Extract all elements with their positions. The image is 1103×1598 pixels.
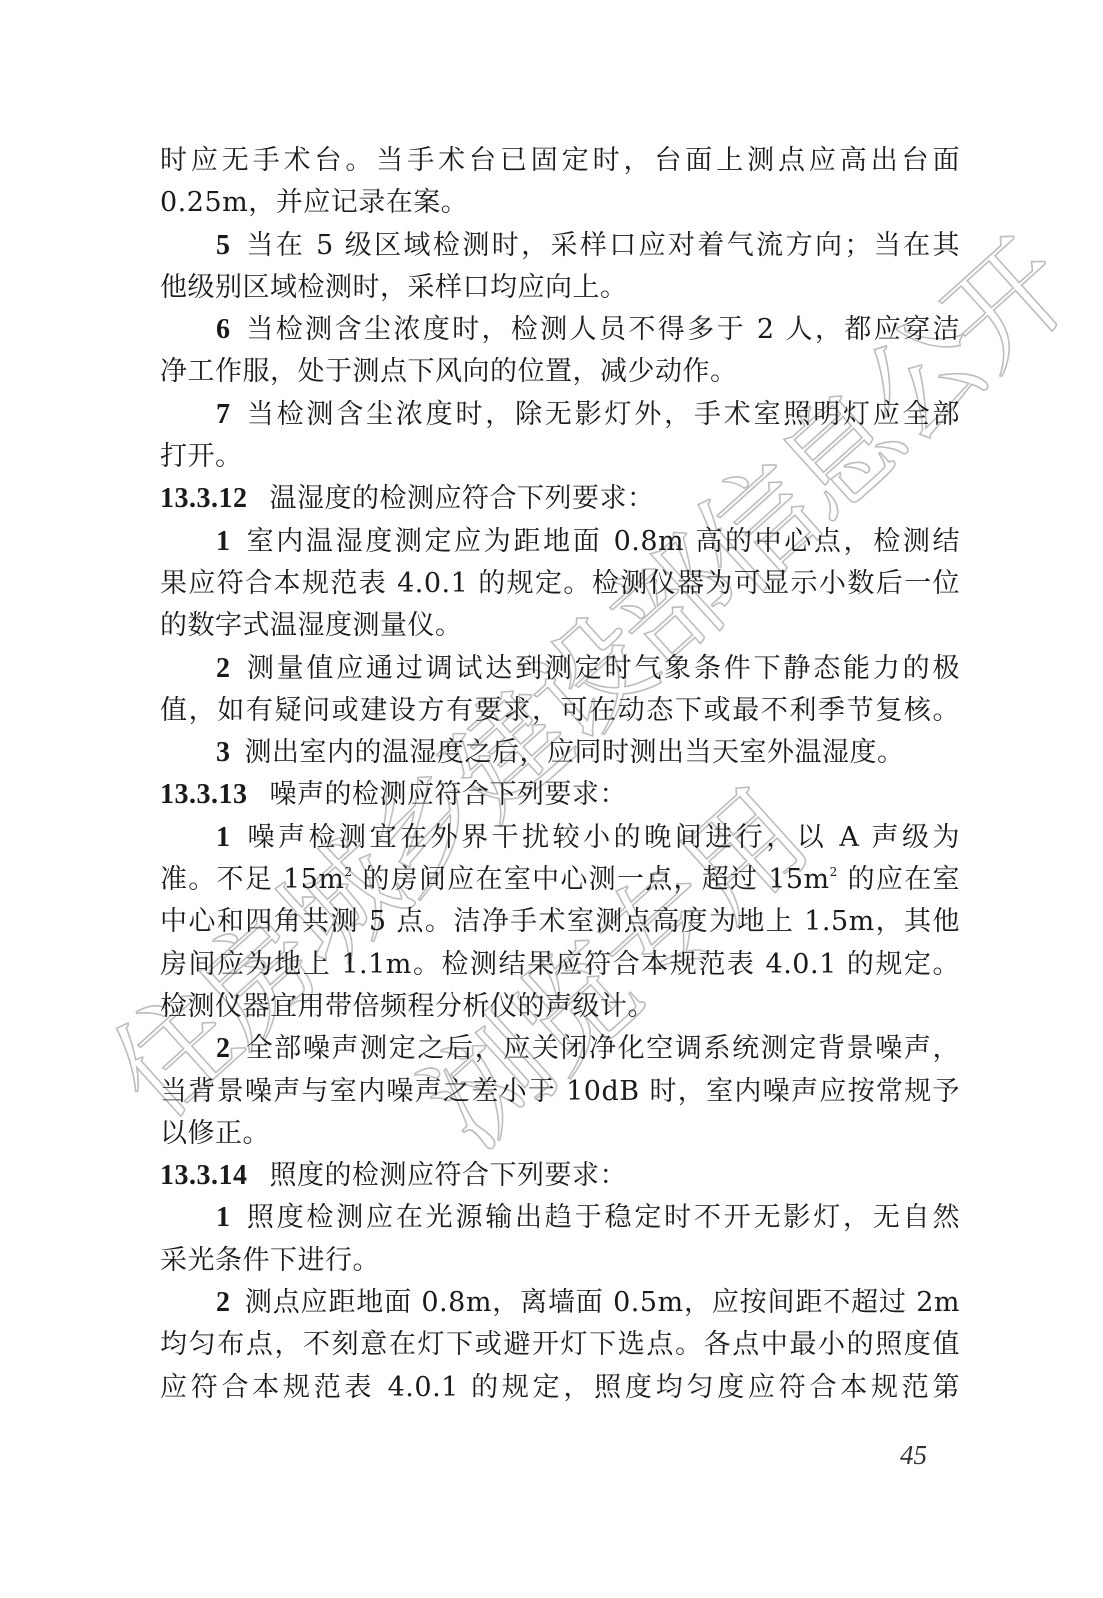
line-text: 中心和四角共测 5 点。洁净手术室测点高度为地上 1.5m，其他 (160, 906, 960, 937)
item-number: 2 (216, 1033, 231, 1064)
text-line: 以修正。 (160, 1113, 960, 1155)
clause-number: 13.3.14 (160, 1160, 248, 1191)
item-number: 7 (216, 399, 231, 430)
text-line: 净工作服，处于测点下风向的位置，减少动作。 (160, 351, 960, 393)
clause-heading-13-3-13: 13.3.13噪声的检测应符合下列要求： (160, 774, 960, 816)
line-text: 净工作服，处于测点下风向的位置，减少动作。 (160, 356, 738, 387)
line-text: 测点应距地面 0.8m，离墙面 0.5m，应按间距不超过 2m (245, 1287, 961, 1318)
list-item-3: 3测出室内的温湿度之后，应同时测出当天室外温湿度。 (160, 732, 960, 774)
text-line: 应符合本规范表 4.0.1 的规定，照度均匀度应符合本规范第 (160, 1367, 960, 1409)
text-line: 均匀布点，不刻意在灯下或避开灯下选点。各点中最小的照度值 (160, 1324, 960, 1366)
line-text: 准。不足 15m2 的房间应在室中心测一点，超过 15m2 的应在室 (160, 864, 960, 895)
text-line: 果应符合本规范表 4.0.1 的规定。检测仪器为可显示小数后一位 (160, 563, 960, 605)
line-text: 应符合本规范表 4.0.1 的规定，照度均匀度应符合本规范第 (160, 1372, 960, 1403)
line-text: 以修正。 (160, 1118, 270, 1149)
item-number: 2 (216, 653, 231, 684)
list-item-1: 1室内温湿度测定应为距地面 0.8m 高的中心点，检测结 (160, 521, 960, 563)
line-text: 测出室内的温湿度之后，应同时测出当天室外温湿度。 (245, 737, 905, 768)
text-line: 检测仪器宜用带倍频程分析仪的声级计。 (160, 986, 960, 1028)
item-number: 1 (216, 526, 231, 557)
text-line: 当背景噪声与室内噪声之差小于 10dB 时，室内噪声应按常规予 (160, 1071, 960, 1113)
line-text: 照度检测应在光源输出趋于稳定时不开无影灯，无自然 (245, 1202, 961, 1233)
line-text: 时应无手术台。当手术台已固定时，台面上测点应高出台面 (160, 145, 960, 176)
clause-title: 照度的检测应符合下列要求： (270, 1160, 628, 1191)
line-text: 房间应为地上 1.1m。检测结果应符合本规范表 4.0.1 的规定。 (160, 949, 960, 980)
text-line: 中心和四角共测 5 点。洁净手术室测点高度为地上 1.5m，其他 (160, 901, 960, 943)
line-text: 他级别区域检测时，采样口均应向上。 (160, 272, 628, 303)
text-part: 的房间应在室中心测一点，超过 15m (353, 864, 830, 895)
line-text: 果应符合本规范表 4.0.1 的规定。检测仪器为可显示小数后一位 (160, 568, 960, 599)
line-text: 当在 5 级区域检测时，采样口应对着气流方向；当在其 (245, 230, 961, 261)
clause-number: 13.3.13 (160, 779, 248, 810)
text-line: 值，如有疑问或建设方有要求，可在动态下或最不利季节复核。 (160, 690, 960, 732)
text-line: 采光条件下进行。 (160, 1240, 960, 1282)
item-number: 1 (216, 1202, 231, 1233)
clause-title: 温湿度的检测应符合下列要求： (270, 483, 655, 514)
line-text: 当背景噪声与室内噪声之差小于 10dB 时，室内噪声应按常规予 (160, 1076, 960, 1107)
line-text: 0.25m，并应记录在案。 (160, 187, 468, 218)
line-text: 全部噪声测定之后，应关闭净化空调系统测定背景噪声， (245, 1033, 961, 1064)
list-item-1: 1噪声检测宜在外界干扰较小的晚间进行，以 A 声级为 (160, 817, 960, 859)
clause-heading-13-3-12: 13.3.12温湿度的检测应符合下列要求： (160, 478, 960, 520)
line-text: 的数字式温湿度测量仪。 (160, 610, 463, 641)
item-number: 5 (216, 230, 231, 261)
list-item-7: 7当检测含尘浓度时，除无影灯外，手术室照明灯应全部 (160, 394, 960, 436)
line-text: 均匀布点，不刻意在灯下或避开灯下选点。各点中最小的照度值 (160, 1329, 960, 1360)
superscript: 2 (830, 865, 838, 879)
list-item-2: 2测点应距地面 0.8m，离墙面 0.5m，应按间距不超过 2m (160, 1282, 960, 1324)
text-line: 时应无手术台。当手术台已固定时，台面上测点应高出台面 (160, 140, 960, 182)
clause-title: 噪声的检测应符合下列要求： (270, 779, 628, 810)
text-line: 他级别区域检测时，采样口均应向上。 (160, 267, 960, 309)
item-number: 3 (216, 737, 231, 768)
line-text: 测量值应通过调试达到测定时气象条件下静态能力的极 (245, 653, 961, 684)
superscript: 2 (344, 865, 352, 879)
text-line: 的数字式温湿度测量仪。 (160, 605, 960, 647)
text-part: 的应在室 (838, 864, 960, 895)
list-item-6: 6当检测含尘浓度时，检测人员不得多于 2 人，都应穿洁 (160, 309, 960, 351)
line-text: 值，如有疑问或建设方有要求，可在动态下或最不利季节复核。 (160, 695, 960, 726)
list-item-1: 1照度检测应在光源输出趋于稳定时不开无影灯，无自然 (160, 1197, 960, 1239)
list-item-5: 5当在 5 级区域检测时，采样口应对着气流方向；当在其 (160, 225, 960, 267)
clause-number: 13.3.12 (160, 483, 248, 514)
text-line: 准。不足 15m2 的房间应在室中心测一点，超过 15m2 的应在室 (160, 859, 960, 901)
line-text: 当检测含尘浓度时，除无影灯外，手术室照明灯应全部 (245, 399, 961, 430)
item-number: 2 (216, 1287, 231, 1318)
text-line: 打开。 (160, 436, 960, 478)
text-line: 0.25m，并应记录在案。 (160, 182, 960, 224)
line-text: 噪声检测宜在外界干扰较小的晚间进行，以 A 声级为 (245, 822, 961, 853)
document-body: 时应无手术台。当手术台已固定时，台面上测点应高出台面 0.25m，并应记录在案。… (160, 140, 960, 1409)
text-part: 准。不足 15m (160, 864, 344, 895)
clause-heading-13-3-14: 13.3.14照度的检测应符合下列要求： (160, 1155, 960, 1197)
list-item-2: 2测量值应通过调试达到测定时气象条件下静态能力的极 (160, 648, 960, 690)
item-number: 1 (216, 822, 231, 853)
item-number: 6 (216, 314, 231, 345)
list-item-2: 2全部噪声测定之后，应关闭净化空调系统测定背景噪声， (160, 1028, 960, 1070)
line-text: 检测仪器宜用带倍频程分析仪的声级计。 (160, 991, 655, 1022)
text-line: 房间应为地上 1.1m。检测结果应符合本规范表 4.0.1 的规定。 (160, 944, 960, 986)
line-text: 采光条件下进行。 (160, 1245, 380, 1276)
line-text: 当检测含尘浓度时，检测人员不得多于 2 人，都应穿洁 (245, 314, 961, 345)
page-number: 45 (900, 1440, 927, 1471)
line-text: 室内温湿度测定应为距地面 0.8m 高的中心点，检测结 (245, 526, 961, 557)
line-text: 打开。 (160, 441, 243, 472)
